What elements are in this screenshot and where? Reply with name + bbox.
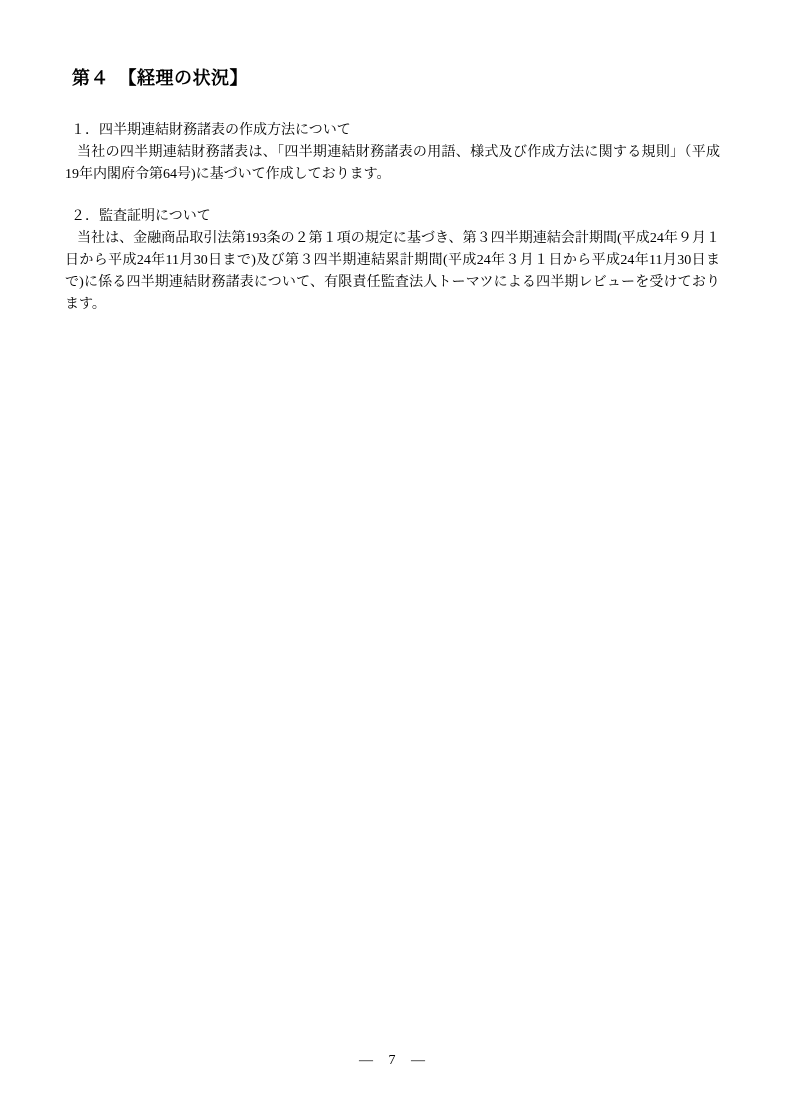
- chapter-heading: 第４ 【経理の状況】: [65, 66, 720, 90]
- page-content: 第４ 【経理の状況】 １．四半期連結財務諸表の作成方法について 当社の四半期連結…: [0, 0, 790, 316]
- section-audit-certification: ２．監査証明について 当社は、金融商品取引法第193条の２第１項の規定に基づき、…: [65, 206, 720, 316]
- section-1-title: １．四半期連結財務諸表の作成方法について: [65, 120, 720, 142]
- page-number: ― 7 ―: [0, 1050, 790, 1072]
- section-2-title: ２．監査証明について: [65, 206, 720, 228]
- section-2-body: 当社は、金融商品取引法第193条の２第１項の規定に基づき、第３四半期連結会計期間…: [65, 228, 720, 316]
- document-page: 第４ 【経理の状況】 １．四半期連結財務諸表の作成方法について 当社の四半期連結…: [0, 0, 790, 1118]
- section-accounting-preparation: １．四半期連結財務諸表の作成方法について 当社の四半期連結財務諸表は、「四半期連…: [65, 120, 720, 186]
- section-1-body: 当社の四半期連結財務諸表は、「四半期連結財務諸表の用語、様式及び作成方法に関する…: [65, 142, 720, 186]
